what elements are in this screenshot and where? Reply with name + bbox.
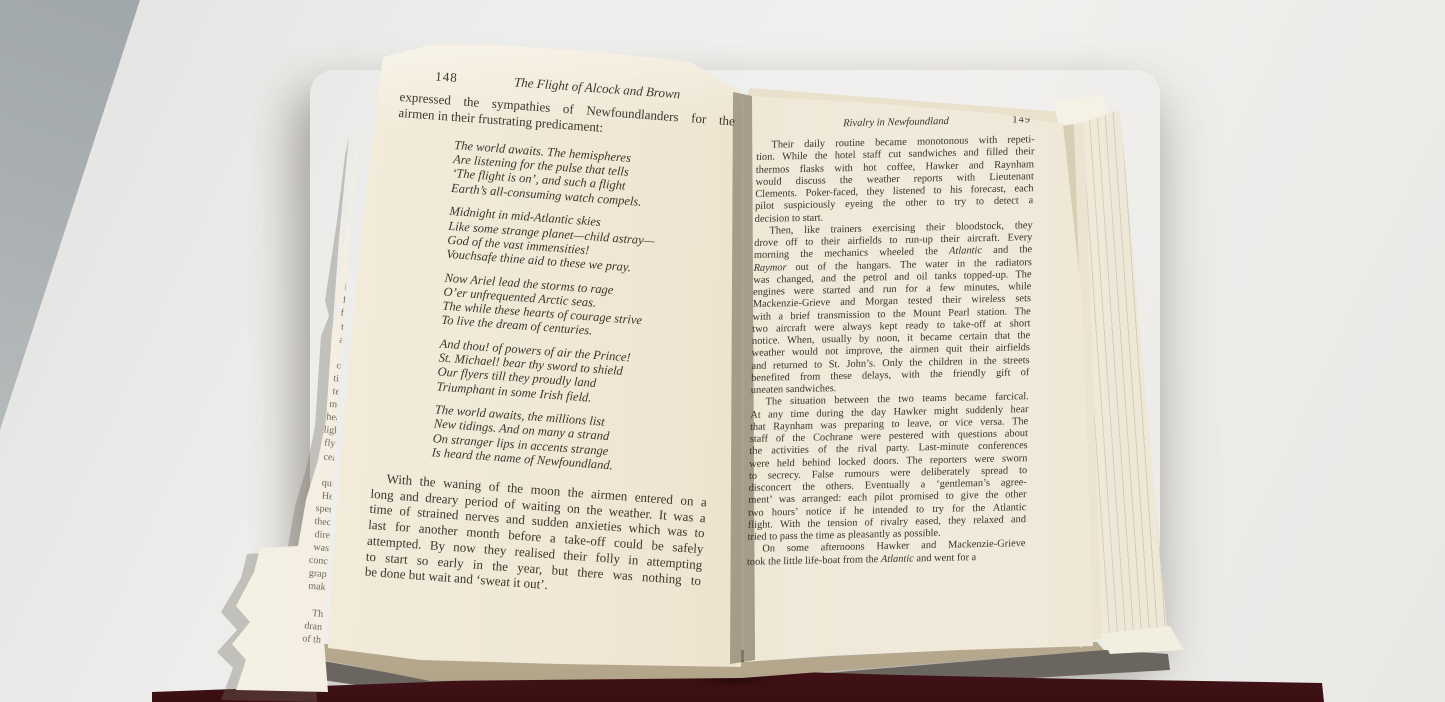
poem: The world awaits. The hemispheresAre lis… (431, 138, 732, 480)
poem-stanza-5: The world awaits, the millions listNew t… (431, 403, 712, 480)
poem-stanza-2: Midnight in mid-Atlantic skiesLike some … (446, 204, 727, 281)
page-number-left: 148 (435, 68, 459, 86)
right-body-paragraph-4: On some afternoons Hawker and Mackenzie-… (747, 538, 1026, 568)
poem-stanza-3: Now Ariel lead the storms to rageO’er un… (441, 270, 722, 347)
photo-open-book: tlBoicfafiltaaf ortintelmehealighflyicea… (0, 0, 1445, 702)
right-page-header: Rivalry in Newfoundland 149 (757, 114, 1036, 135)
right-body-paragraph-2: Then, like trainers exercising their blo… (751, 220, 1033, 397)
left-body-paragraph: With the waning of the moon the airmen e… (364, 470, 707, 604)
right-body-paragraph-1: Their daily routine became monotonous wi… (755, 134, 1035, 226)
left-page: 148 The Flight of Alcock and Brown expre… (0, 0, 1445, 702)
poem-stanza-1: The world awaits. The hemispheresAre lis… (451, 138, 732, 215)
running-head-right: Rivalry in Newfoundland (757, 114, 1035, 131)
right-body-paragraph-3: The situation between the two teams beca… (747, 391, 1029, 544)
poem-stanza-4: And thou! of powers of air the Prince!St… (436, 336, 717, 413)
right-page-text: Rivalry in Newfoundland 149 Their daily … (747, 114, 1035, 568)
left-page-text: 148 The Flight of Alcock and Brown expre… (364, 66, 737, 604)
